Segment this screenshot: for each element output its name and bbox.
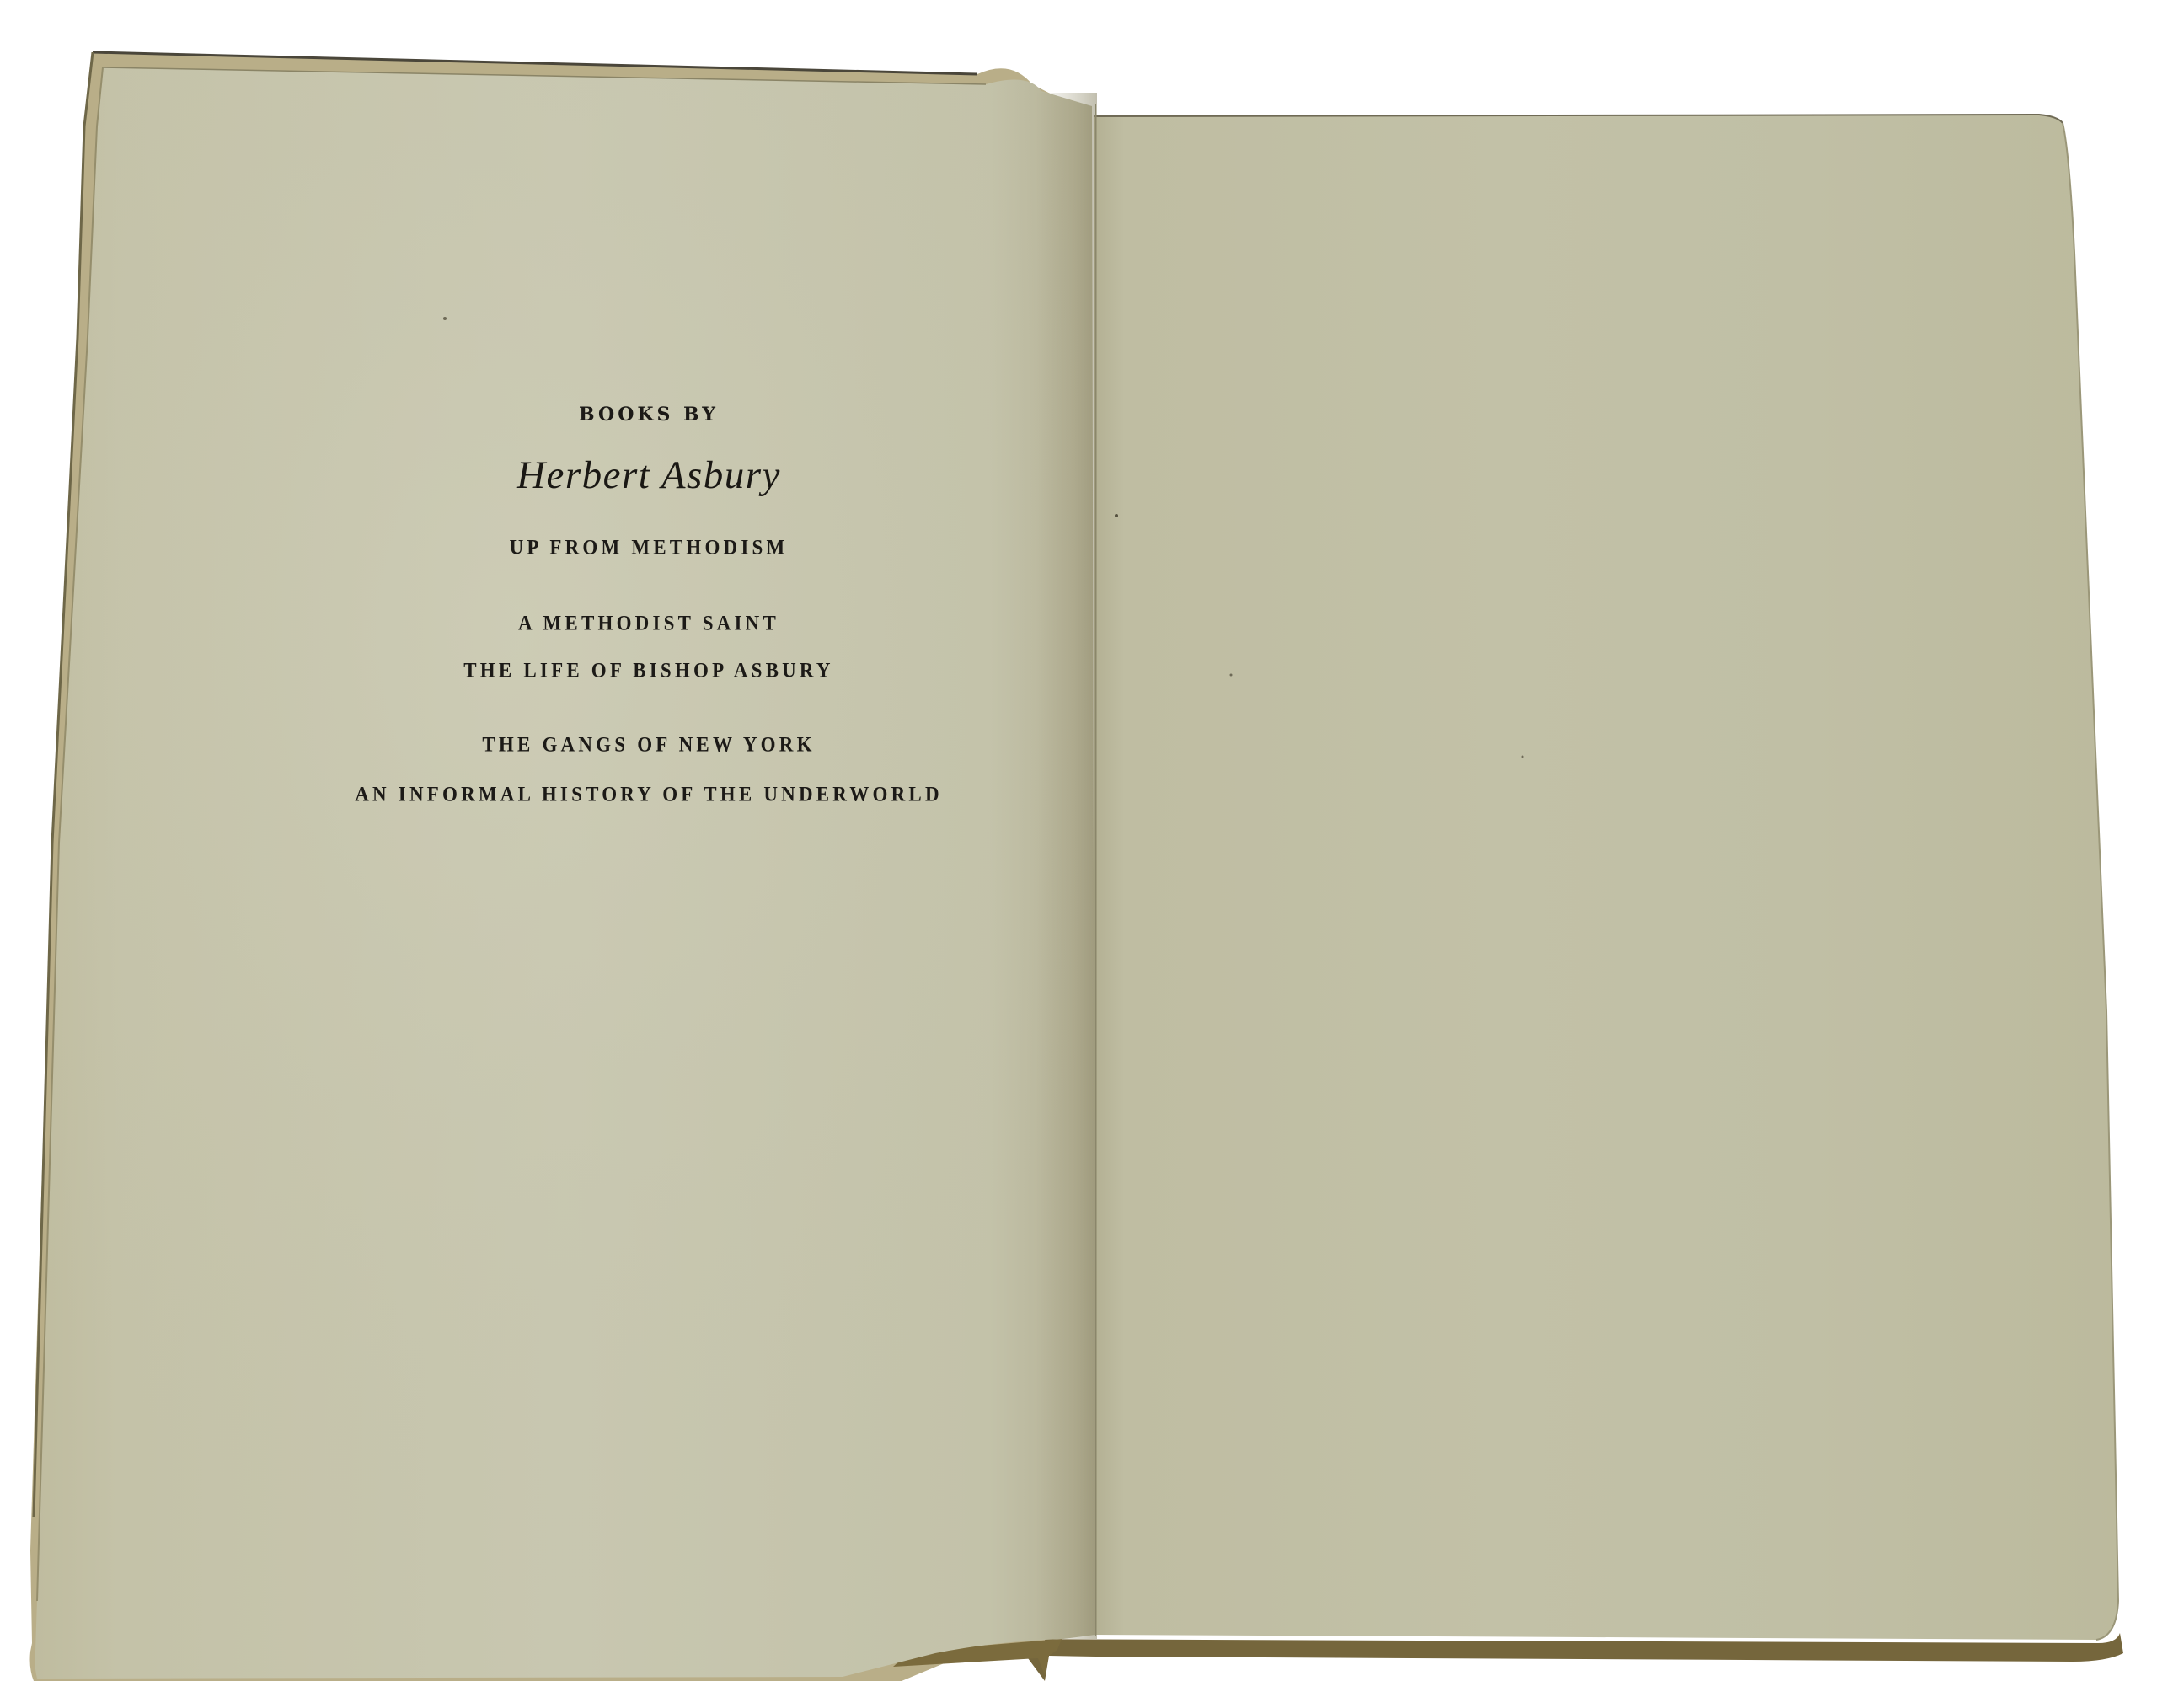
right-page [1094,115,2118,1640]
cover-bottom-edge [977,1633,2123,1681]
spine-gutter [1036,93,1097,1639]
open-book-photo [0,0,2157,1708]
